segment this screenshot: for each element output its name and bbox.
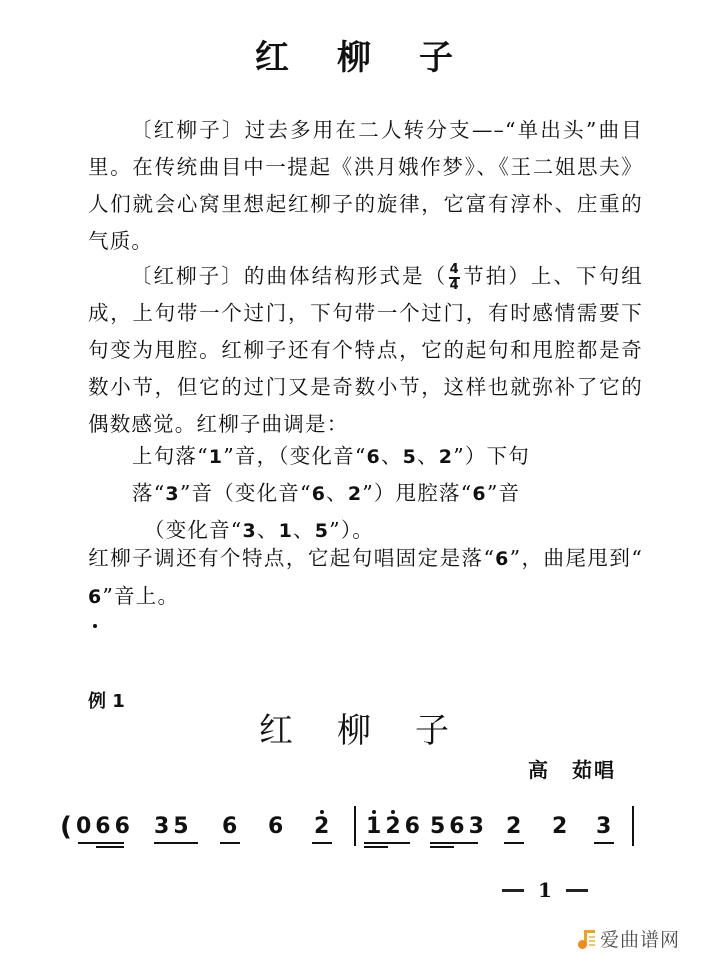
music-note-icon [578,928,596,950]
note-number: 6 [312,476,326,512]
title-char: 子 [419,30,453,79]
jianpu-score: ( 066 35 6 6 2 126 563 2 2 3 [60,806,650,854]
watermark: 爱曲谱网 [578,925,680,952]
title-char: 子 [415,703,449,752]
note-group: 066 [76,814,134,839]
note-group-high-octave: 2 [314,814,333,839]
example-title: 红柳子 [0,703,708,752]
note-number: 2 [439,439,453,475]
paragraph-text: 〔红柳子〕过去多用在二人转分支—–“单出头”曲目里。在传统曲目中一提起《洪月娥作… [88,118,643,253]
barline [632,806,634,846]
singer-credit: 高茹唱 [528,754,616,783]
note-number: 1 [209,439,223,475]
barline [354,806,356,846]
note-number: 5 [403,439,417,475]
note-group: 35 [154,814,193,839]
time-sig-denominator: 4 [450,280,460,292]
page-number: 1 [502,878,588,902]
note-group: 563 [430,814,488,839]
note-group: 6 [222,814,241,839]
time-sig-numerator: 4 [450,264,460,276]
note-group: 6 [268,814,287,839]
title-char: 红 [259,703,293,752]
intro-paragraph: 〔红柳子〕过去多用在二人转分支—–“单出头”曲目里。在传统曲目中一提起《洪月娥作… [88,112,643,260]
note-group-high-octave: 126 [366,814,424,839]
open-paren: ( [60,812,72,842]
paragraph-text: 红柳子调还有个特点，它起句唱固定是落“ [88,546,495,570]
note-number: 6 [367,439,381,475]
title-char: 柳 [337,30,371,79]
note-number: 6 [472,476,486,512]
tone-rules: 上句落“1”音，（变化音“6、5、2”）下句 落“3”音（变化音“6、2”）甩腔… [132,438,652,549]
paragraph-text: 节拍）上、下句组成，上句带一个过门，下句带一个过门，有时感情需要下句变为甩腔。红… [88,264,643,436]
note-number: 2 [348,476,362,512]
time-signature: 44 [449,264,460,292]
title-char: 柳 [337,703,371,752]
note-number: 3 [165,476,179,512]
note-group: 2 [506,814,525,839]
singer-name-part: 茹唱 [572,758,616,782]
paragraph-text: ”音上。 [102,584,179,608]
feature-paragraph: 红柳子调还有个特点，它起句唱固定是落“6”，曲尾甩到“6”音上。 [88,540,643,616]
paragraph-text: 〔红柳子〕的曲体结构形式是（ [130,264,447,288]
rule-line-1: 上句落“1”音，（变化音“6、5、2”）下句 [132,438,652,475]
structure-paragraph: 〔红柳子〕的曲体结构形式是（44节拍）上、下句组成，上句带一个过门，下句带一个过… [88,258,643,443]
title-char: 红 [255,30,289,79]
paragraph-text: ”，曲尾甩到“ [510,546,643,570]
page-number-value: 1 [538,878,552,902]
note-group: 3 [596,814,615,839]
note-number: 6 [495,541,509,578]
singer-name-part: 高 [528,758,550,782]
watermark-text: 爱曲谱网 [600,925,680,952]
page-title: 红柳子 [0,30,708,79]
note-group: 2 [552,814,571,839]
note-number-low-octave: 6 [88,579,102,616]
rule-line-2: 落“3”音（变化音“6、2”）甩腔落“6”音 [132,475,652,512]
